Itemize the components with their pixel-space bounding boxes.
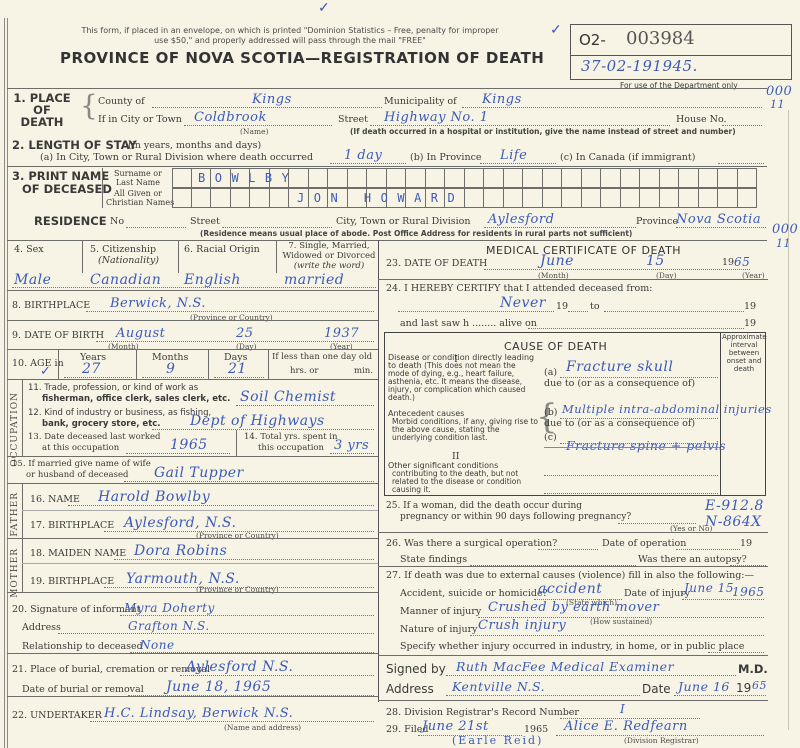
label-line: 11. Trade, profession, or kind of work a… — [28, 383, 230, 394]
municipality-label: Municipality of — [384, 96, 457, 107]
mother-maiden-value: Dora Robins — [134, 543, 227, 559]
county-field[interactable]: Kings — [152, 94, 382, 108]
relationship-field[interactable]: None — [130, 639, 374, 653]
date-of-death-label: 23. DATE OF DEATH — [386, 258, 487, 269]
accident-label: Accident, suicide or homicide? — [400, 588, 548, 599]
burial-date-label: Date of burial or removal — [22, 684, 144, 695]
residence-no-label: No — [110, 216, 124, 227]
less-than-day-label: If less than one day old — [272, 352, 372, 362]
pregnancy-label: 25. If a woman, did the death occur duri… — [386, 501, 631, 523]
residence-city-value: Aylesford — [488, 212, 554, 227]
cause-b-prefix: (b) — [544, 407, 558, 418]
other-conditions-field-1[interactable] — [544, 462, 718, 476]
cause-code-1: E-912.8 — [705, 498, 764, 514]
undertaker-value: H.C. Lindsay, Berwick N.S. — [104, 706, 293, 721]
burial-date-field[interactable]: June 18, 1965 — [128, 682, 374, 696]
county-label: County of — [98, 96, 145, 107]
nature-value: Crush injury — [478, 618, 566, 633]
label-line: 7. Single, Married, — [280, 241, 378, 251]
injury-date-value: June 15 — [684, 581, 734, 595]
print-name-label: 3. PRINT NAME OF DECEASED — [12, 170, 112, 196]
father-birthplace-value: Aylesford, N.S. — [124, 515, 236, 531]
residence-label: RESIDENCE — [34, 214, 107, 228]
cause-b-field[interactable]: Multiple intra-abdominal injuries — [560, 405, 718, 419]
margin-mark: 11 — [770, 98, 785, 111]
informant-address-value: Grafton N.S. — [128, 619, 210, 633]
registrar-signature-field[interactable]: Alice E. Redfearn — [556, 722, 764, 736]
age-days-value: 21 — [228, 361, 247, 377]
form-title: PROVINCE OF NOVA SCOTIA—REGISTRATION OF … — [60, 49, 544, 67]
other-note: contributing to the death, but not relat… — [388, 470, 538, 494]
age-years-value: 27 — [82, 361, 101, 377]
minutes-label: min. — [354, 366, 373, 376]
informant-signature-field[interactable]: Myra Doherty — [120, 602, 374, 616]
checkmark-icon: ✓ — [318, 0, 330, 16]
record-number-label: 28. Division Registrar's Record Number — [386, 707, 579, 718]
signed-by-label: Signed by — [386, 662, 446, 676]
cause-a-prefix: (a) — [544, 367, 557, 378]
physician-address-value: Kentville N.S. — [452, 679, 545, 694]
md-label: M.D. — [738, 662, 768, 676]
dob-year-value: 1937 — [324, 326, 359, 341]
cause-of-death-title: CAUSE OF DEATH — [504, 340, 607, 353]
brace-icon: { — [80, 92, 98, 120]
birthplace-value: Berwick, N.S. — [110, 296, 206, 311]
sex-label: 4. Sex — [14, 244, 44, 255]
dod-year-prefix: 19 — [722, 257, 734, 268]
burial-place-field[interactable]: Aylesford N.S. — [180, 662, 374, 676]
father-name-field[interactable]: Harold Bowlby — [68, 492, 374, 506]
residence-no-field[interactable] — [126, 214, 186, 228]
length-of-stay-label: 2. LENGTH OF STAY — [12, 138, 137, 152]
surgery-date-label: Date of operation — [602, 538, 686, 549]
injury-location-label: Specify whether injury occurred in indus… — [400, 641, 744, 652]
reg-prefix: O2- — [579, 31, 606, 49]
city-label: If in City or Town — [98, 114, 182, 125]
surname-value: BOWLBY — [198, 171, 298, 185]
stay-city-field[interactable]: 1 day — [330, 150, 406, 164]
certificate-date-value: June 16 — [678, 679, 730, 694]
burial-place-value: Aylesford N.S. — [186, 659, 293, 675]
city-value: Coldbrook — [194, 110, 267, 125]
mother-birthplace-label: 19. BIRTHPLACE — [30, 576, 114, 587]
label-line: All Given or — [106, 189, 170, 198]
age-years-field[interactable]: 27 — [64, 364, 132, 378]
certificate-year-prefix: 19 — [736, 681, 751, 695]
residence-street-label: Street — [190, 216, 220, 227]
division-registrar-sub: (Division Registrar) — [624, 736, 699, 745]
registration-number-box: O2- 003984 37-02-191945. — [570, 24, 792, 80]
margin-mark: 000 — [766, 84, 792, 99]
certificate-year-value: 65 — [752, 679, 767, 692]
handwritten-file-number: 37-02-191945. — [581, 57, 698, 75]
label-line: OF DECEASED — [12, 183, 112, 196]
signed-by-field[interactable]: Ruth MacFee Medical Examiner — [446, 662, 736, 676]
racial-origin-label: 6. Racial Origin — [184, 244, 260, 255]
other-conditions-label: Other significant conditions contributin… — [388, 462, 538, 494]
racial-origin-value[interactable]: English — [184, 272, 241, 288]
antecedent-note: Morbid conditions, if any, giving rise t… — [388, 418, 538, 442]
attended-to-field[interactable] — [604, 298, 744, 312]
manner-label: Manner of injury — [400, 606, 481, 617]
autopsy-field[interactable] — [730, 552, 766, 566]
stay-city-value: 1 day — [344, 148, 382, 163]
marital-status-value[interactable]: married — [284, 272, 344, 288]
house-number-field[interactable] — [722, 112, 762, 126]
mailing-notice-line-1: This form, if placed in an envelope, on … — [40, 26, 540, 36]
county-value: Kings — [252, 92, 292, 107]
informant-address-field[interactable]: Grafton N.S. — [58, 620, 374, 634]
burial-date-value: June 18, 1965 — [166, 679, 271, 695]
relationship-value: None — [140, 638, 175, 652]
last-worked-value: 1965 — [170, 437, 208, 453]
to-label: to — [590, 301, 600, 312]
spouse-value: Gail Tupper — [154, 465, 244, 481]
accident-value: accident — [538, 581, 602, 597]
trade-label: 11. Trade, profession, or kind of work a… — [28, 383, 230, 405]
physician-address-label: Address — [386, 682, 434, 696]
label-line: Christian Names — [106, 198, 170, 207]
age-label: 10. AGE in — [12, 358, 64, 369]
last-worked-field[interactable]: 1965 — [126, 440, 230, 454]
physician-address-field[interactable]: Kentville N.S. — [446, 682, 640, 696]
signed-by-value: Ruth MacFee Medical Examiner — [456, 659, 674, 674]
sex-value[interactable]: Male — [14, 272, 51, 288]
father-section-label: FATHER — [10, 492, 20, 537]
residence-city-label: City, Town or Rural Division — [336, 216, 470, 227]
given-names-value: JON HOWARD — [297, 191, 464, 205]
age-months-field[interactable]: 9 — [142, 364, 204, 378]
injury-date-label: Date of injury — [624, 588, 690, 599]
street-field[interactable]: Highway No. 1 — [370, 112, 670, 126]
total-years-value: 3 yrs — [334, 438, 369, 453]
registrar-annotation: (Earle Reid) — [452, 734, 543, 747]
manner-value: Crushed by earth mover — [488, 600, 659, 615]
pregnancy-field[interactable] — [618, 510, 696, 524]
record-number-field[interactable]: I — [560, 705, 700, 719]
cause-code-2: N-864X — [705, 514, 762, 530]
cause-a-value: Fracture skull — [566, 359, 673, 375]
residence-note: (Residence means usual place of abode. P… — [200, 229, 632, 238]
attended-from-value: Never — [500, 295, 546, 311]
age-days-field[interactable]: 21 — [214, 364, 264, 378]
antecedent-label: Antecedent causes Morbid conditions, if … — [388, 410, 538, 442]
surgery-field[interactable] — [538, 536, 598, 550]
stay-canada-label: (c) In Canada (if immigrant) — [560, 152, 695, 163]
street-value: Highway No. 1 — [384, 110, 489, 125]
trade-value: Soil Chemist — [240, 389, 336, 405]
label-line: (write the word) — [280, 261, 378, 271]
citizenship-sub: (Nationality) — [98, 255, 159, 266]
nature-field[interactable]: Crush injury — [470, 622, 764, 636]
undertaker-label: 22. UNDERTAKER — [12, 710, 102, 721]
dod-day-value: 15 — [646, 253, 665, 269]
registrar-signature-value: Alice E. Redfearn — [564, 719, 688, 734]
stay-city-label: (a) In City, Town or Rural Division wher… — [40, 152, 313, 163]
stay-province-value: Life — [500, 148, 527, 163]
due-to-label: due to (or as a consequence of) — [544, 418, 695, 429]
interval-label: Approximate interval between onset and d… — [722, 333, 766, 373]
residence-province-value: Nova Scotia — [676, 212, 761, 227]
manner-field[interactable]: Crushed by earth mover — [478, 604, 764, 618]
marital-status-label: 7. Single, Married, Widowed or Divorced … — [280, 241, 378, 271]
mailing-notice-line-2: use $50," and properly addressed will pa… — [40, 36, 540, 46]
date-of-birth-label: 9. DATE OF BIRTH — [12, 330, 104, 341]
residence-province-field[interactable]: Nova Scotia — [676, 214, 766, 228]
nineteen-label: 19 — [744, 301, 756, 312]
margin-mark: 000 — [772, 222, 798, 237]
label-line: Last Name — [106, 178, 170, 187]
mailing-notice: This form, if placed in an envelope, on … — [40, 26, 540, 46]
undertaker-sub: (Name and address) — [224, 723, 301, 732]
record-number-value: I — [620, 702, 625, 716]
certificate-date-label: Date — [642, 682, 671, 696]
last-saw-label: and last saw h ........ alive on — [400, 318, 537, 329]
residence-city-field[interactable]: Aylesford — [484, 214, 636, 228]
house-number-label: House No. — [676, 114, 727, 125]
date-of-death-field[interactable]: June 15 19 65 — [484, 256, 750, 270]
label-line: fisherman, office clerk, sales clerk, et… — [28, 394, 230, 405]
mother-maiden-field[interactable]: Dora Robins — [114, 546, 374, 560]
trade-field[interactable]: Soil Chemist — [236, 392, 374, 406]
label-line: Surname or — [106, 169, 170, 178]
nineteen-label: 19 — [740, 538, 752, 549]
label-line: Widowed or Divorced — [280, 251, 378, 261]
total-years-label: 14. Total yrs. spent in this occupation — [244, 432, 338, 454]
stay-province-label: (b) In Province — [410, 152, 482, 163]
street-sub-label: (If death occurred in a hospital or inst… — [350, 127, 736, 136]
stay-canada-field[interactable] — [718, 150, 764, 164]
margin-mark: 11 — [776, 237, 791, 250]
undertaker-field[interactable]: H.C. Lindsay, Berwick N.S. — [90, 708, 374, 722]
label-line: 14. Total yrs. spent in — [244, 432, 338, 443]
checkmark-icon: ✓ — [550, 22, 562, 38]
checkmark-icon: ✓ — [40, 364, 51, 379]
injury-location-field[interactable] — [708, 639, 764, 653]
cause-b-value: Multiple intra-abdominal injuries — [562, 402, 772, 416]
attended-from-field[interactable]: Never — [398, 298, 554, 312]
father-name-value: Harold Bowlby — [98, 489, 210, 505]
citizenship-label: 5. Citizenship — [90, 244, 156, 255]
municipality-field[interactable]: Kings — [462, 94, 762, 108]
surname-label: Surname or Last Name — [106, 169, 170, 187]
father-birthplace-field[interactable]: Aylesford, N.S. — [104, 518, 374, 532]
external-causes-label: 27. If death was due to external causes … — [386, 570, 754, 581]
last-saw-field[interactable] — [528, 315, 744, 329]
stay-province-field[interactable]: Life — [480, 150, 556, 164]
dod-year-value: 65 — [734, 255, 750, 269]
cause-a-field[interactable]: Fracture skull — [560, 364, 718, 378]
dob-day-value: 25 — [236, 326, 254, 341]
place-of-death-label: 1. PLACE OF DEATH — [12, 92, 72, 128]
street-label: Street — [338, 114, 368, 125]
informant-address-label: Address — [22, 622, 61, 633]
city-field[interactable]: Coldbrook — [184, 112, 332, 126]
surgery-date-field[interactable] — [676, 536, 740, 550]
mother-section-label: MOTHER — [10, 548, 20, 598]
injury-year-value: 1965 — [732, 585, 765, 599]
findings-field[interactable] — [470, 552, 636, 566]
label-line: DEATH — [12, 116, 72, 128]
relationship-label: Relationship to deceased — [22, 641, 143, 652]
certify-label: 24. I HEREBY CERTIFY that I attended dec… — [386, 283, 652, 294]
length-of-stay-sub: (in years, months and days) — [128, 140, 261, 151]
cause-c-prefix: (c) — [544, 432, 557, 443]
total-years-field[interactable]: 3 yrs — [330, 440, 374, 454]
mother-maiden-label: 18. MAIDEN NAME — [30, 548, 126, 559]
birthplace-label: 8. BIRTHPLACE — [12, 300, 90, 311]
residence-street-field[interactable] — [222, 214, 332, 228]
nature-label: Nature of injury — [400, 624, 477, 635]
citizenship-value[interactable]: Canadian — [90, 272, 161, 288]
industry-value: Dept of Highways — [190, 413, 325, 429]
residence-province-label: Province — [636, 216, 678, 227]
city-sub-label: (Name) — [240, 127, 268, 136]
disease-label: Disease or condition directly leading to… — [388, 354, 538, 402]
age-months-value: 9 — [166, 361, 175, 377]
label-line: this occupation — [244, 443, 338, 454]
birthplace-field[interactable]: Berwick, N.S. — [86, 298, 374, 312]
injury-date-field[interactable]: June 15 1965 — [682, 586, 764, 600]
label-line: 25. If a woman, did the death occur duri… — [386, 501, 631, 512]
certificate-date-field[interactable]: June 16 19 65 — [674, 682, 766, 696]
reg-number: 003984 — [626, 28, 695, 49]
attended-from-year-field[interactable] — [568, 298, 588, 312]
findings-label: State findings — [400, 554, 467, 565]
hours-label: hrs. or — [290, 366, 318, 376]
label-line: pregnancy or within 90 days following pr… — [386, 512, 631, 523]
given-names-boxes[interactable] — [172, 188, 757, 208]
cause-c-value: Fracture spine + pelvis — [566, 438, 726, 453]
filed-date-value: June 21st — [422, 719, 489, 734]
date-of-birth-field[interactable]: August 25 1937 — [96, 328, 374, 342]
due-to-label: due to (or as a consequence of) — [544, 378, 695, 389]
given-names-label: All Given or Christian Names — [106, 189, 170, 207]
spouse-field[interactable]: Gail Tupper — [124, 468, 374, 482]
municipality-value: Kings — [482, 92, 522, 107]
nineteen-label: 19 — [556, 301, 568, 312]
cause-c-field[interactable]: Fracture spine + pelvis — [560, 430, 718, 444]
industry-field[interactable]: Dept of Highways — [152, 416, 374, 430]
surgery-label: 26. Was there a surgical operation? — [386, 538, 557, 549]
nineteen-label: 19 — [744, 318, 756, 329]
father-birthplace-label: 17. BIRTHPLACE — [30, 520, 114, 531]
other-conditions-field-2[interactable] — [544, 480, 718, 494]
dob-month-value: August — [116, 326, 165, 341]
informant-signature-value: Myra Doherty — [124, 601, 215, 615]
dod-month-value: June — [540, 253, 574, 269]
